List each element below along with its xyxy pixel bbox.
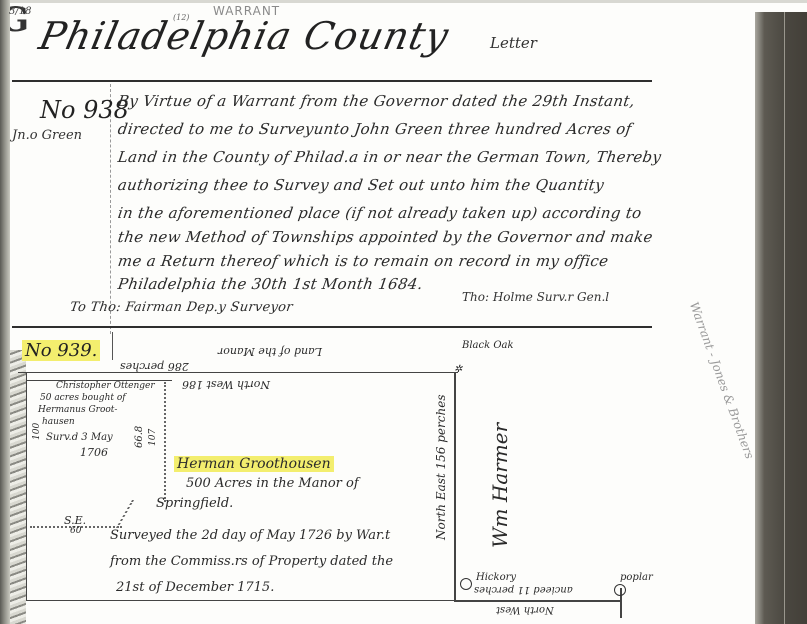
neighbor-note-line-2: 50 acres bought of [40, 393, 126, 403]
binding-shadow-left [0, 0, 10, 624]
letter-label: Letter [490, 34, 537, 52]
survey-grantee: Herman Groothousen [174, 456, 334, 472]
hickory-label: Hickory [476, 572, 516, 583]
section-rule [12, 326, 652, 328]
plot-top-outer-label: Land of the Manor [218, 345, 322, 358]
neighbor-perch-value: 66.8 [134, 426, 145, 448]
scan-dark-edge-right [755, 12, 807, 624]
warrant-line-2: directed to me to Surveyunto John Green … [117, 120, 633, 138]
warrant-line-5: in the aforementioned place (if not alre… [117, 204, 643, 222]
black-oak-label: Black Oak [462, 340, 514, 351]
warrant-addressee: To Tho: Fairman Dep.y Surveyor [69, 300, 294, 315]
page-number: 3/18 [9, 6, 31, 17]
poplar-tree-icon [614, 584, 626, 596]
hickory-tree-icon [460, 578, 472, 590]
document-title: Philadelphia County [35, 14, 453, 58]
warrant-line-6: the new Method of Townships appointed by… [117, 228, 654, 246]
warrant-signature: Tho: Holme Surv.r Gen.l [462, 290, 609, 304]
neighbor-side-value: 100 [32, 423, 42, 440]
neighbor-perch-value-2: 107 [148, 429, 158, 446]
neighbor-note-line-5: Surv.d 3 May [46, 432, 113, 443]
neighbor-right-label: Wm Harmer [488, 423, 512, 548]
poplar-label: poplar [620, 572, 653, 583]
survey-line-3: 21st of December 1715. [116, 580, 274, 595]
warrant-number: No 938 [40, 96, 129, 124]
warrant-line-3: Land in the County of Philad.a in or nea… [117, 148, 663, 166]
bottom-direction-label: North West [496, 604, 554, 615]
warrant-line-1: By Virtue of a Warrant from the Governor… [117, 92, 636, 110]
survey-line-2: from the Commiss.rs of Property dated th… [110, 554, 393, 569]
bottom-perches-label: ancieed 11 perches [474, 584, 573, 595]
warrant-line-4: authorizing thee to Survey and Set out u… [117, 176, 606, 194]
neighbor-note-line-6: 1706 [80, 446, 108, 459]
survey-grantee-highlight: Herman Groothousen [174, 456, 334, 472]
neighbor-east-dotted [164, 382, 166, 502]
margin-pencil-note: Warrant - Jones & Brothers [687, 300, 757, 461]
plot-east-side-label: North East 156 perches [434, 395, 448, 540]
neighbor-note-line-4: hausen [42, 417, 75, 427]
warrant-line-7: me a Return thereof which is to remain o… [117, 252, 610, 270]
survey-number-highlight: No 939. [22, 340, 100, 361]
plot-south-boundary-right [454, 600, 622, 602]
survey-line-1: Surveyed the 2d day of May 1726 by War.t [110, 528, 390, 543]
binding-texture-left [10, 350, 26, 624]
header-rule [12, 80, 652, 82]
survey-number: No 939. [22, 340, 100, 361]
plot-east-boundary [454, 372, 456, 600]
warrant-line-8: Philadelphia the 30th 1st Month 1684. [117, 275, 424, 293]
scanned-document-page: WARRANT 3/18 (12) Philadelphia County Le… [0, 0, 807, 624]
scan-top-edge [0, 0, 807, 3]
survey-acreage-line-1: 500 Acres in the Manor of [186, 476, 359, 491]
neighbor-note-line-3: Hermanus Groot- [38, 405, 117, 415]
survey-acreage-line-2: Springfield. [156, 496, 233, 511]
neighbor-note-line-1: Christopher Ottenger [56, 381, 155, 391]
warrant-grantee: Jn.o Green [12, 128, 82, 143]
number-divider [112, 332, 113, 360]
corner-se-value: 60 [70, 526, 81, 536]
